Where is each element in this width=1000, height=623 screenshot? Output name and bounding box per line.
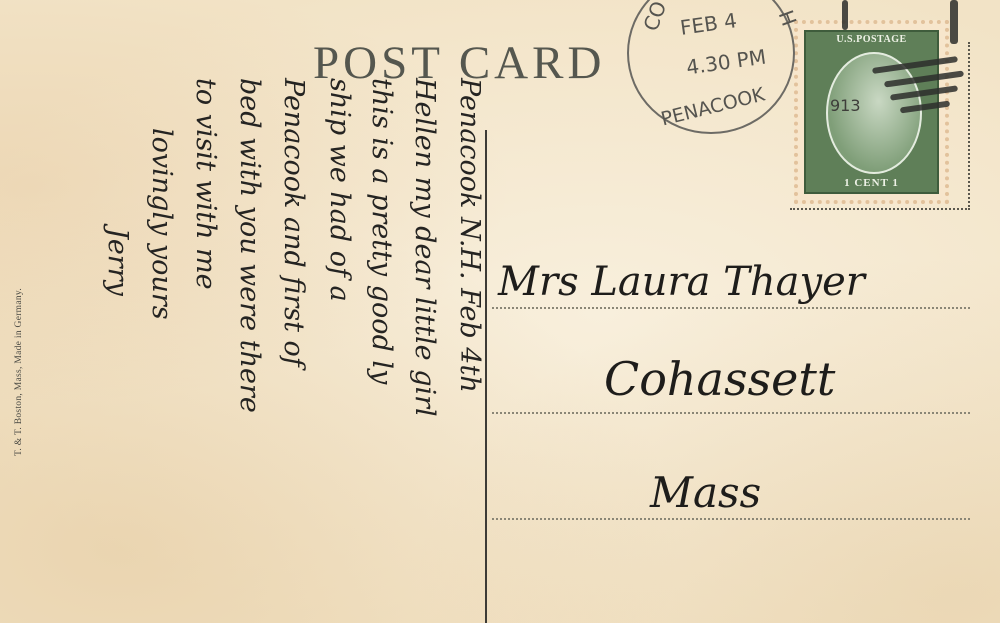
cancellation-bar <box>950 0 958 44</box>
cancellation-bar <box>842 0 848 30</box>
postage-stamp: U.S.POSTAGE 1 CENT 1 <box>794 20 949 204</box>
postmark-year: 913 <box>830 98 861 114</box>
address-recipient: Mrs Laura Thayer <box>498 262 865 302</box>
center-divider-line <box>485 130 487 623</box>
address-line-3 <box>492 518 970 520</box>
message-line: Jerry <box>104 228 131 296</box>
message-line: ship we had of a <box>326 78 353 302</box>
message-line: lovingly yours <box>148 128 175 320</box>
address-city: Cohassett <box>604 356 835 402</box>
stamp-bottom-label: 1 CENT 1 <box>806 177 937 189</box>
message-line: to visit with me <box>192 78 219 290</box>
postcard-back: T. & T. Boston, Mass, Made in Germany. P… <box>0 0 1000 623</box>
message-line: this is a pretty good ly <box>368 78 395 384</box>
publisher-imprint: T. & T. Boston, Mass, Made in Germany. <box>14 288 24 456</box>
address-state: Mass <box>650 472 761 514</box>
stamp-face: U.S.POSTAGE 1 CENT 1 <box>804 30 939 194</box>
message-line: bed with you were there <box>236 78 263 413</box>
message-line: Penacook and first of <box>280 78 307 367</box>
address-line-1 <box>492 307 970 309</box>
handwritten-message: Penacook N.H. Feb 4th Hellen my dear lit… <box>95 78 485 618</box>
address-line-2 <box>492 412 970 414</box>
message-line: Hellen my dear little girl <box>411 78 438 417</box>
message-line: Penacook N.H. Feb 4th <box>456 78 483 393</box>
stamp-top-label: U.S.POSTAGE <box>806 34 937 45</box>
